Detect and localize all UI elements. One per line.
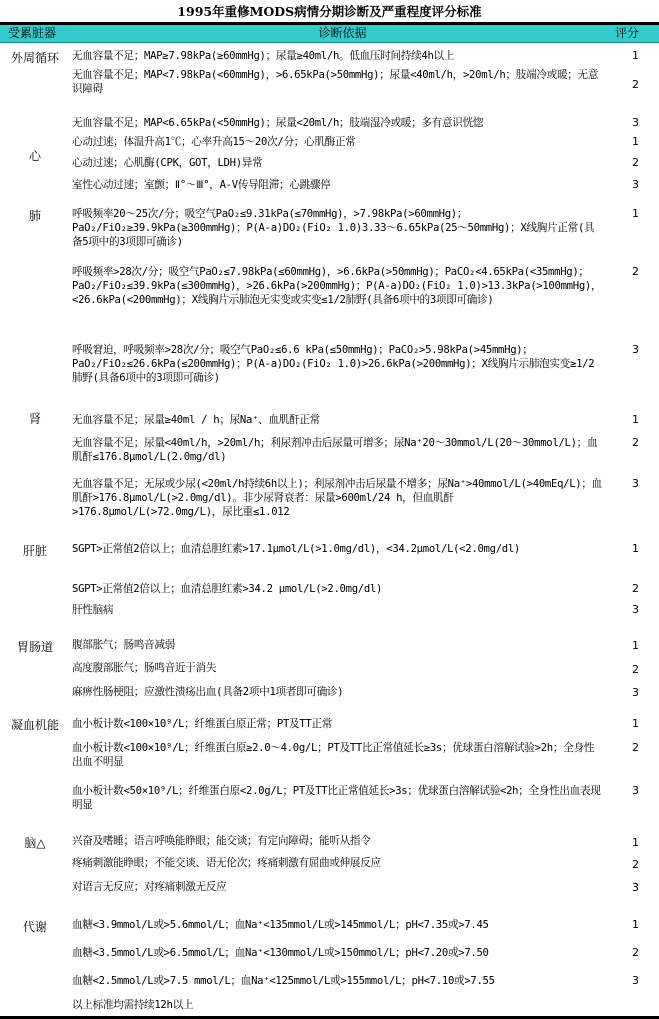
criteria-text: 高度腹部胀气；肠鸣音近于消失 [72, 661, 602, 675]
score-value: 1 [632, 836, 639, 850]
header-organ: 受累脏器 [0, 25, 70, 42]
criteria-text: 无血容量不足；MAP≥7.98kPa(≥60mmHg)；尿量≥40ml/h。低血… [72, 49, 602, 63]
criteria-text: 呼吸窘迫，呼吸频率>28次/分；吸空气PaO₂≤6.6 kPa(≤50mmHg)… [72, 343, 602, 385]
criteria-text: 无血容量不足；MAP<6.65kPa(<50mmHg)；尿量<20ml/h；肢端… [72, 116, 602, 130]
score-value: 2 [632, 78, 639, 92]
criteria-text: SGPT>正常值2倍以上；血清总胆红素>34.2 μmol/L(>2.0mg/d… [72, 582, 602, 596]
score-value: 2 [632, 436, 639, 450]
criteria-text: SGPT>正常值2倍以上；血清总胆红素>17.1μmol/L(>1.0mg/dl… [72, 542, 602, 556]
score-value: 3 [632, 116, 639, 130]
criteria-text: 疼痛刺激能睁眼；不能交谈、语无伦次；疼痛刺激有屈曲或伸展反应 [72, 856, 602, 870]
score-value: 1 [632, 49, 639, 63]
organ-label: 肝脏 [0, 542, 70, 559]
organ-label: 肺 [0, 207, 70, 224]
criteria-text: 无血容量不足；MAP<7.98kPa(<60mmHg)，>6.65kPa(>50… [72, 68, 602, 96]
score-value: 1 [632, 413, 639, 427]
criteria-text: 呼吸频率20～25次/分；吸空气PaO₂≤9.31kPa(≤70mmHg)，>7… [72, 207, 602, 249]
organ-label: 外周循环 [0, 49, 70, 66]
score-value: 1 [632, 918, 639, 932]
score-value: 3 [632, 178, 639, 192]
header-score: 评分 [615, 25, 659, 42]
score-value: 3 [632, 343, 639, 357]
criteria-text: 血小板计数<100×10⁹/L；纤维蛋白原正常；PT及TT正常 [72, 717, 602, 731]
criteria-text: 血糖<3.9mmol/L或>5.6mmol/L；血Na⁺<135mmol/L或>… [72, 918, 602, 932]
organ-label: 脑△ [0, 834, 70, 851]
score-value: 1 [632, 135, 639, 149]
organ-label: 肾 [0, 410, 70, 427]
score-value: 3 [632, 974, 639, 988]
organ-label: 代谢 [0, 918, 70, 935]
score-value: 1 [632, 542, 639, 556]
organ-label: 心 [0, 147, 70, 164]
score-value: 2 [632, 156, 639, 170]
criteria-text: 心动过速；心肌酶(CPK，GOT，LDH)异常 [72, 156, 602, 170]
criteria-text: 肝性脑病 [72, 603, 602, 617]
criteria-text: 对语言无反应；对疼痛刺激无反应 [72, 880, 602, 894]
criteria-text: 以上标准均需持续12h以上 [72, 998, 602, 1012]
criteria-text: 腹部胀气；肠鸣音减弱 [72, 638, 602, 652]
criteria-text: 室性心动过速；室颤；Ⅱ°～Ⅲ°，A-V传导阻滞；心跳骤停 [72, 178, 602, 192]
criteria-text: 血糖<3.5mmol/L或>6.5mmol/L；血Na⁺<130mmol/L或>… [72, 946, 602, 960]
table-body: 外周循环无血容量不足；MAP≥7.98kPa(≥60mmHg)；尿量≥40ml/… [0, 0, 659, 1019]
organ-label: 凝血机能 [0, 716, 70, 733]
score-value: 3 [632, 686, 639, 700]
criteria-text: 无血容量不足；无尿或少尿(<20ml/h持续6h以上)；利尿剂冲击后尿量不增多；… [72, 477, 602, 519]
criteria-text: 兴奋及嗜睡；语言呼唤能睁眼；能交谈；有定向障碍；能听从指令 [72, 834, 602, 848]
criteria-text: 呼吸频率>28次/分；吸空气PaO₂≤7.98kPa(≤60mmHg)，>6.6… [72, 265, 602, 307]
score-value: 3 [632, 881, 639, 895]
criteria-text: 无血容量不足；尿量<40ml/h，>20ml/h；利尿剂冲击后尿量可增多；尿Na… [72, 436, 602, 464]
criteria-text: 麻痹性肠梗阻；应激性溃疡出血(具备2项中1项者即可确诊) [72, 685, 602, 699]
score-value: 2 [632, 858, 639, 872]
criteria-text: 血糖<2.5mmol/L或>7.5 mmol/L；血Na⁺<125mmol/L或… [72, 974, 602, 988]
criteria-text: 无血容量不足；尿量≥40ml / h；尿Na⁺、血肌酐正常 [72, 413, 602, 427]
page-title: 1995年重修MODS病情分期诊断及严重程度评分标准 [0, 0, 659, 22]
score-value: 1 [632, 717, 639, 731]
header-basis: 诊断依据 [70, 25, 615, 42]
score-value: 2 [632, 946, 639, 960]
criteria-text: 血小板计数<50×10⁹/L；纤维蛋白原<2.0g/L；PT及TT比正常值延长>… [72, 784, 602, 812]
score-value: 2 [632, 663, 639, 677]
score-value: 2 [632, 265, 639, 279]
score-value: 1 [632, 639, 639, 653]
score-value: 1 [632, 207, 639, 221]
score-value: 2 [632, 582, 639, 596]
organ-label: 胃肠道 [0, 638, 70, 655]
criteria-text: 心动过速；体温升高1℃；心率升高15～20次/分；心肌酶正常 [72, 135, 602, 149]
score-value: 3 [632, 784, 639, 798]
score-value: 3 [632, 603, 639, 617]
criteria-text: 血小板计数<100×10⁹/L；纤维蛋白原≥2.0～4.0g/L；PT及TT比正… [72, 741, 602, 769]
score-value: 2 [632, 741, 639, 755]
table-header: 受累脏器 诊断依据 评分 [0, 25, 659, 43]
score-value: 3 [632, 477, 639, 491]
